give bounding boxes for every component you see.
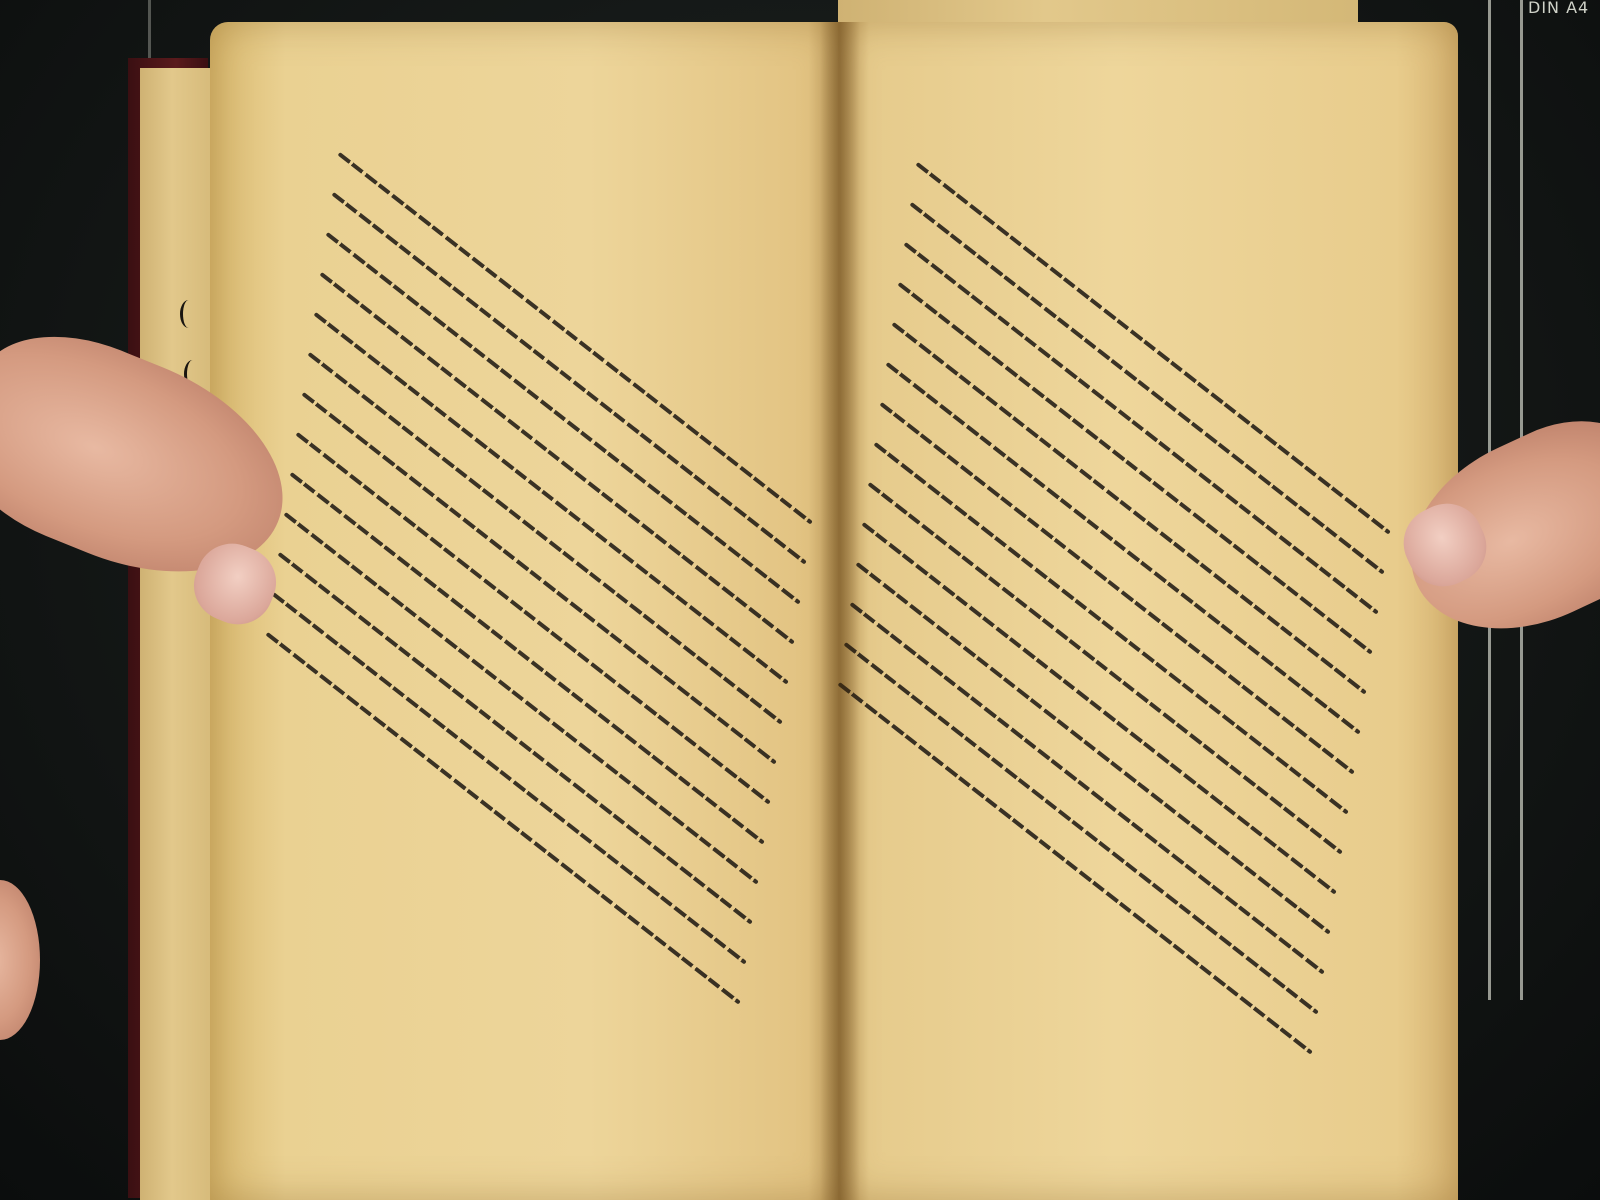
script-line — [886, 362, 1361, 735]
right-page — [838, 22, 1458, 1200]
script-line — [880, 402, 1355, 775]
book-gutter — [820, 22, 860, 1200]
script-line — [284, 512, 759, 885]
script-line — [844, 642, 1319, 1015]
left-page — [210, 22, 840, 1200]
script-line — [266, 632, 741, 1005]
script-line — [332, 192, 807, 565]
script-line — [302, 392, 777, 765]
script-line — [850, 602, 1325, 975]
script-line — [856, 562, 1331, 935]
script-line — [910, 202, 1385, 575]
script-line — [320, 272, 795, 645]
script-line — [272, 592, 747, 965]
script-line — [916, 162, 1391, 535]
mat-label: DIN A4 — [1528, 0, 1589, 17]
script-line — [892, 322, 1367, 695]
script-line — [326, 232, 801, 605]
script-line — [314, 312, 789, 685]
script-line — [898, 282, 1373, 655]
script-line — [862, 522, 1337, 895]
script-line — [338, 152, 813, 525]
script-line — [838, 682, 1313, 1055]
script-line — [290, 472, 765, 845]
script-line — [308, 352, 783, 725]
script-line — [904, 242, 1379, 615]
script-line — [278, 552, 753, 925]
back-page-top — [838, 0, 1358, 24]
script-line — [874, 442, 1349, 815]
script-line — [868, 482, 1343, 855]
page-edges-left — [140, 68, 220, 1200]
script-line — [296, 432, 771, 805]
